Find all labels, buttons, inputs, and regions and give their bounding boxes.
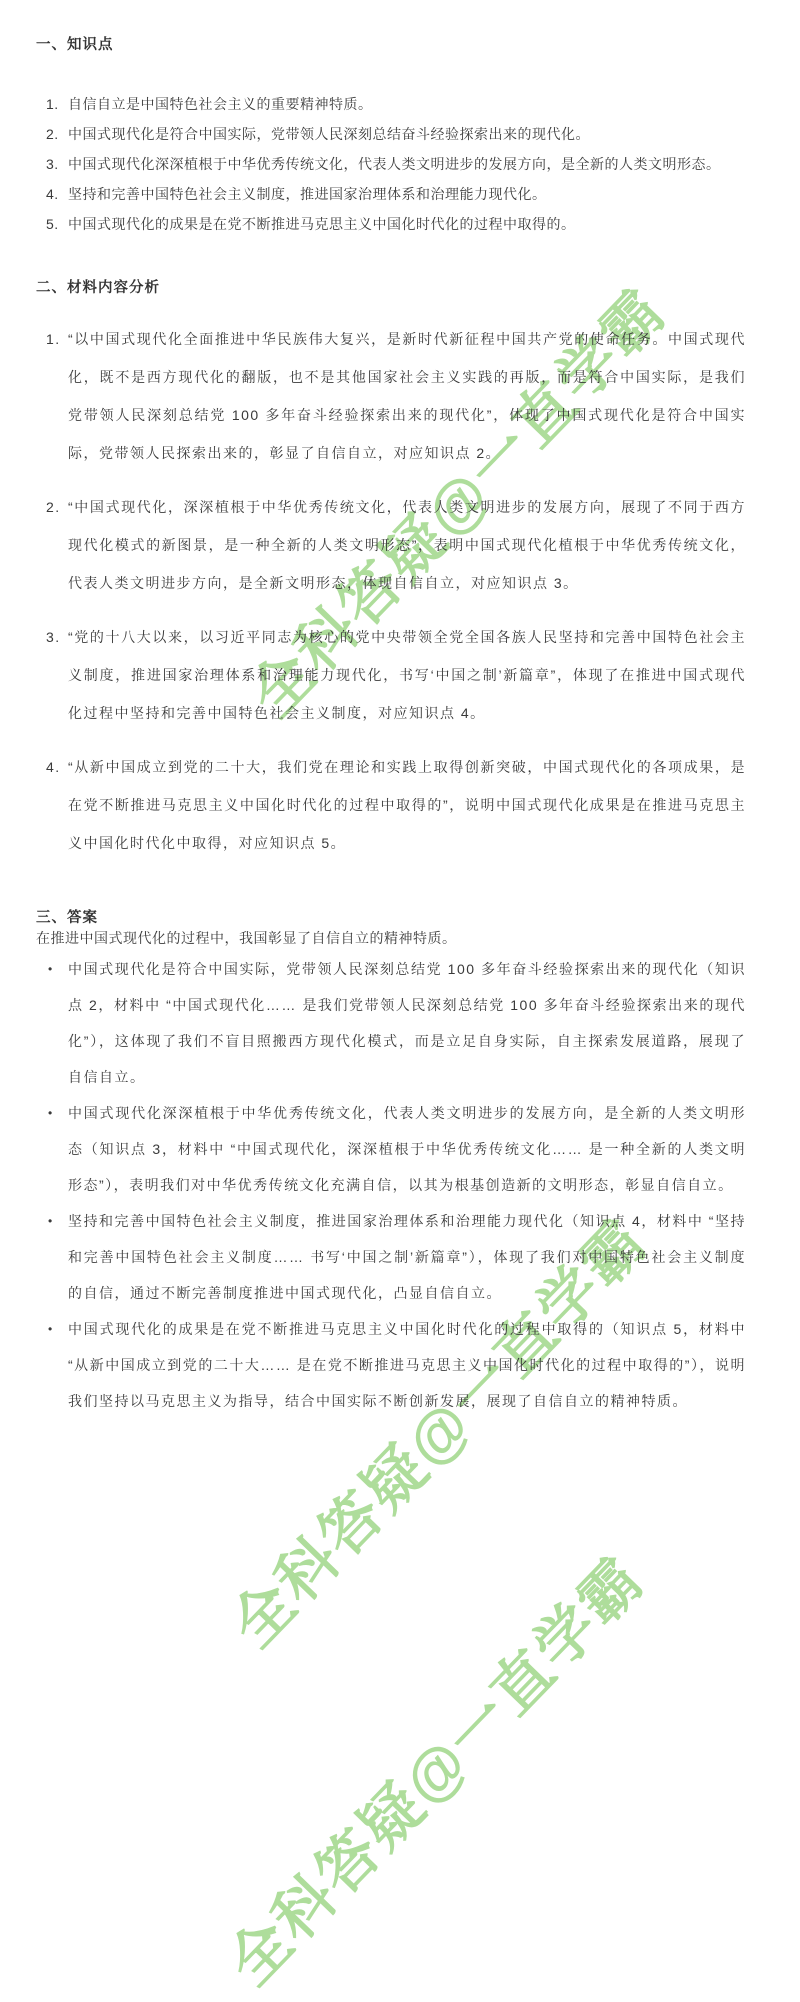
answer-item-text: 中国式现代化深深植根于中华优秀传统文化，代表人类文明进步的发展方向，是全新的人类… — [68, 1095, 746, 1203]
answer-item: • 坚持和完善中国特色社会主义制度，推进国家治理体系和治理能力现代化（知识点 4… — [36, 1203, 746, 1311]
analysis-item-text: “党的十八大以来，以习近平同志为核心的党中央带领全党全国各族人民坚持和完善中国特… — [68, 618, 746, 732]
list-number: 2. — [36, 488, 68, 526]
answer-item: • 中国式现代化的成果是在党不断推进马克思主义中国化时代化的过程中取得的（知识点… — [36, 1311, 746, 1419]
analysis-item-text: “从新中国成立到党的二十大，我们党在理论和实践上取得创新突破，中国式现代化的各项… — [68, 748, 746, 862]
list-number: 2. — [36, 125, 68, 144]
analysis-item-text: “以中国式现代化全面推进中华民族伟大复兴，是新时代新征程中国共产党的使命任务。中… — [68, 320, 746, 472]
document-content: 一、知识点 1. 自信自立是中国特色社会主义的重要精神特质。 2. 中国式现代化… — [36, 33, 746, 1419]
analysis-item: 2. “中国式现代化，深深植根于中华优秀传统文化，代表人类文明进步的发展方向，展… — [36, 488, 746, 602]
bullet-icon: • — [36, 1095, 68, 1131]
watermark-text: 全科答疑@一直学霸 — [206, 1535, 661, 2002]
answer-item-text: 中国式现代化的成果是在党不断推进马克思主义中国化时代化的过程中取得的（知识点 5… — [68, 1311, 746, 1419]
list-number: 1. — [36, 95, 68, 114]
knowledge-item-text: 中国式现代化深深植根于中华优秀传统文化，代表人类文明进步的发展方向，是全新的人类… — [68, 155, 746, 174]
section-heading-analysis: 二、材料内容分析 — [36, 276, 746, 297]
list-number: 4. — [36, 185, 68, 204]
bullet-icon: • — [36, 1311, 68, 1347]
list-number: 3. — [36, 618, 68, 656]
knowledge-item: 5. 中国式现代化的成果是在党不断推进马克思主义中国化时代化的过程中取得的。 — [36, 215, 746, 234]
knowledge-item-text: 中国式现代化的成果是在党不断推进马克思主义中国化时代化的过程中取得的。 — [68, 215, 746, 234]
answer-item: • 中国式现代化是符合中国实际，党带领人民深刻总结党 100 多年奋斗经验探索出… — [36, 951, 746, 1095]
knowledge-item-text: 自信自立是中国特色社会主义的重要精神特质。 — [68, 95, 746, 114]
document-page: 全科答疑@一直学霸 全科答疑@一直学霸 全科答疑@一直学霸 一、知识点 1. 自… — [0, 0, 800, 2002]
analysis-item: 1. “以中国式现代化全面推进中华民族伟大复兴，是新时代新征程中国共产党的使命任… — [36, 320, 746, 472]
knowledge-item: 4. 坚持和完善中国特色社会主义制度，推进国家治理体系和治理能力现代化。 — [36, 185, 746, 204]
list-number: 4. — [36, 748, 68, 786]
section-heading-answer: 三、答案 — [36, 906, 746, 927]
answer-list: • 中国式现代化是符合中国实际，党带领人民深刻总结党 100 多年奋斗经验探索出… — [36, 951, 746, 1419]
answer-item: • 中国式现代化深深植根于中华优秀传统文化，代表人类文明进步的发展方向，是全新的… — [36, 1095, 746, 1203]
bullet-icon: • — [36, 951, 68, 987]
list-number: 5. — [36, 215, 68, 234]
list-number: 1. — [36, 320, 68, 358]
bullet-icon: • — [36, 1203, 68, 1239]
knowledge-item-text: 中国式现代化是符合中国实际，党带领人民深刻总结奋斗经验探索出来的现代化。 — [68, 125, 746, 144]
answer-item-text: 中国式现代化是符合中国实际，党带领人民深刻总结党 100 多年奋斗经验探索出来的… — [68, 951, 746, 1095]
answer-intro: 在推进中国式现代化的过程中，我国彰显了自信自立的精神特质。 — [36, 929, 746, 948]
knowledge-item: 3. 中国式现代化深深植根于中华优秀传统文化，代表人类文明进步的发展方向，是全新… — [36, 155, 746, 174]
knowledge-item-text: 坚持和完善中国特色社会主义制度，推进国家治理体系和治理能力现代化。 — [68, 185, 746, 204]
answer-item-text: 坚持和完善中国特色社会主义制度，推进国家治理体系和治理能力现代化（知识点 4，材… — [68, 1203, 746, 1311]
knowledge-item: 2. 中国式现代化是符合中国实际，党带领人民深刻总结奋斗经验探索出来的现代化。 — [36, 125, 746, 144]
analysis-list: 1. “以中国式现代化全面推进中华民族伟大复兴，是新时代新征程中国共产党的使命任… — [36, 320, 746, 862]
knowledge-item: 1. 自信自立是中国特色社会主义的重要精神特质。 — [36, 95, 746, 114]
analysis-item: 3. “党的十八大以来，以习近平同志为核心的党中央带领全党全国各族人民坚持和完善… — [36, 618, 746, 732]
knowledge-list: 1. 自信自立是中国特色社会主义的重要精神特质。 2. 中国式现代化是符合中国实… — [36, 95, 746, 234]
analysis-item-text: “中国式现代化，深深植根于中华优秀传统文化，代表人类文明进步的发展方向，展现了不… — [68, 488, 746, 602]
section-heading-knowledge: 一、知识点 — [36, 33, 746, 54]
list-number: 3. — [36, 155, 68, 174]
analysis-item: 4. “从新中国成立到党的二十大，我们党在理论和实践上取得创新突破，中国式现代化… — [36, 748, 746, 862]
